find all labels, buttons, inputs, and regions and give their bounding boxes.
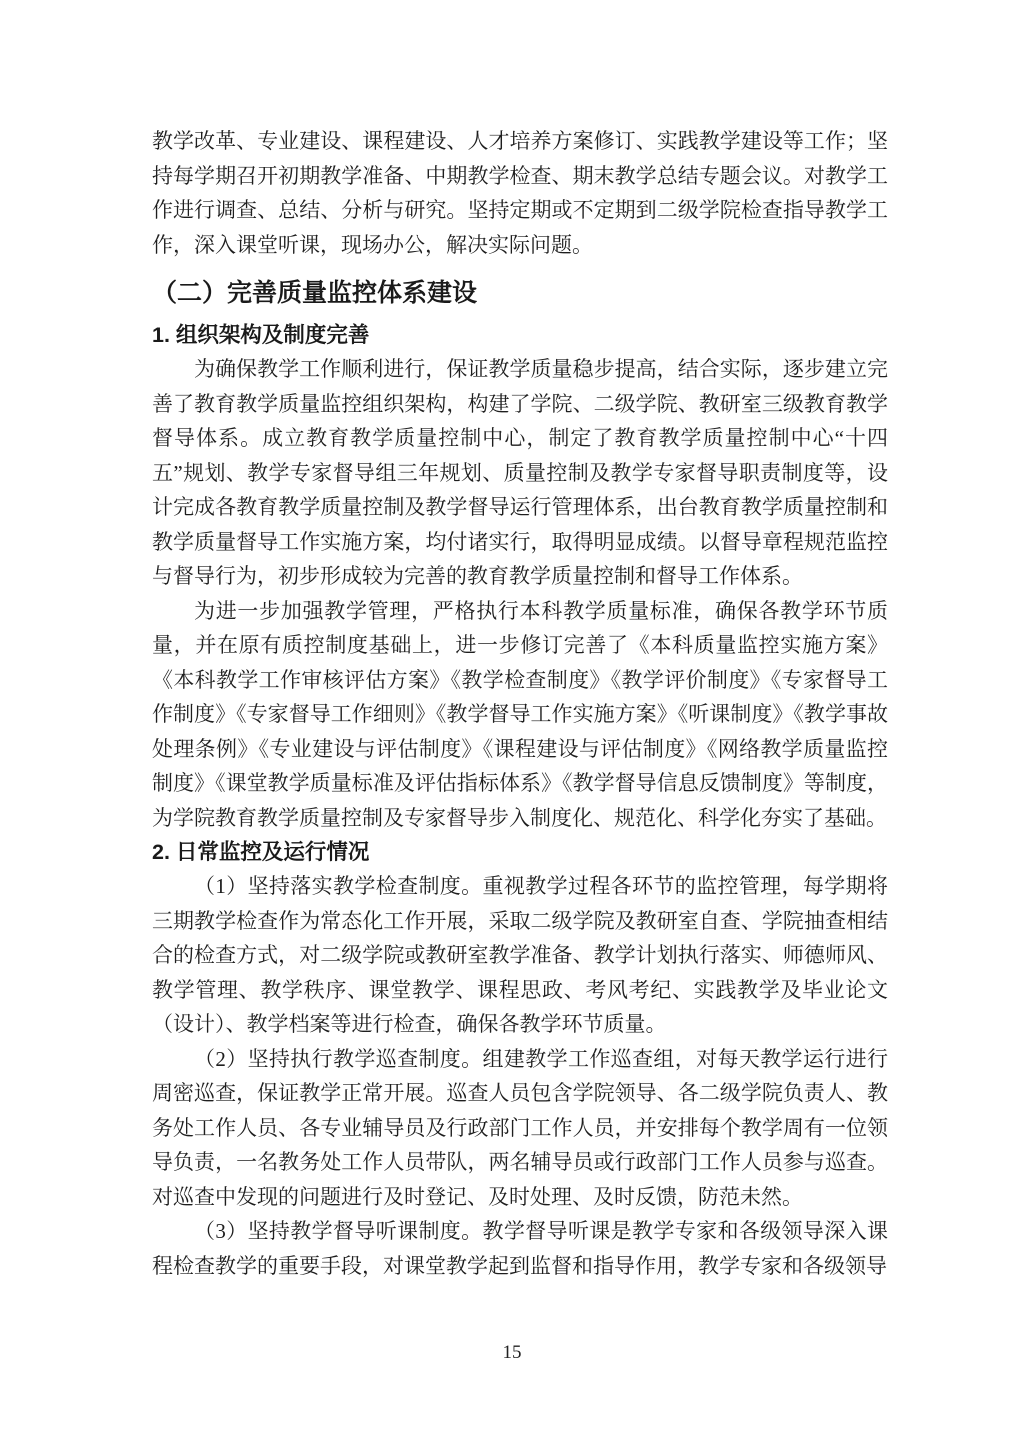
subsection-heading-1: 1. 组织架构及制度完善	[152, 318, 888, 352]
page-number: 15	[0, 1342, 1024, 1364]
document-page: 教学改革、专业建设、课程建设、人才培养方案修订、实践教学建设等工作；坚持每学期召…	[0, 0, 1024, 1448]
body-paragraph: 为确保教学工作顺利进行，保证教学质量稳步提高，结合实际，逐步建立完善了教育教学质…	[152, 352, 888, 594]
body-paragraph: （2）坚持执行教学巡查制度。组建教学工作巡查组，对每天教学运行进行周密巡查，保证…	[152, 1042, 888, 1215]
page-content: 教学改革、专业建设、课程建设、人才培养方案修订、实践教学建设等工作；坚持每学期召…	[152, 124, 888, 1283]
body-paragraph-continued: 教学改革、专业建设、课程建设、人才培养方案修订、实践教学建设等工作；坚持每学期召…	[152, 124, 888, 262]
section-heading: （二）完善质量监控体系建设	[152, 274, 888, 312]
subsection-heading-2: 2. 日常监控及运行情况	[152, 835, 888, 869]
body-paragraph: 为进一步加强教学管理，严格执行本科教学质量标准，确保各教学环节质量，并在原有质控…	[152, 594, 888, 836]
body-paragraph: （1）坚持落实教学检查制度。重视教学过程各环节的监控管理，每学期将三期教学检查作…	[152, 869, 888, 1042]
body-paragraph: （3）坚持教学督导听课制度。教学督导听课是教学专家和各级领导深入课程检查教学的重…	[152, 1214, 888, 1283]
